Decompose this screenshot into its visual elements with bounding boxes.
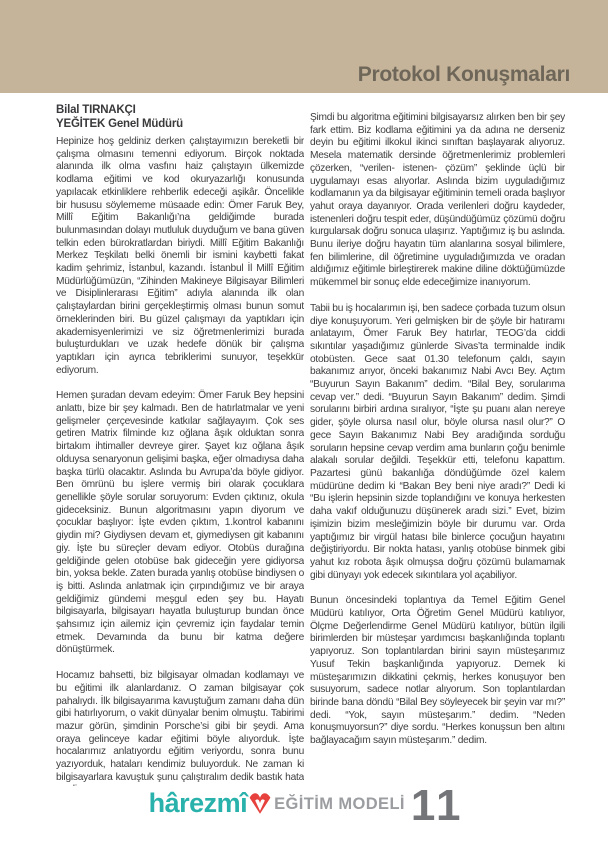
paragraph: Tabii bu iş hocalarımın işi, ben sadece … (310, 303, 565, 582)
section-title: Protokol Konuşmaları (358, 63, 570, 87)
harezmi-logo-text: hârezmî (149, 788, 248, 819)
egitim-modeli-label: EĞİTİM MODELİ (274, 795, 405, 814)
paragraph: Şimdi bu algoritma eğitimini bilgisayars… (310, 112, 565, 290)
document-page: Protokol Konuşmaları Bilal TIRNAKÇI YEĞİ… (0, 0, 612, 859)
page-header-banner: Protokol Konuşmaları (0, 0, 608, 93)
page-number: 11 (411, 788, 464, 824)
author-name: Bilal TIRNAKÇI (56, 104, 304, 118)
paragraph: Bunun öncesindeki toplantıya da Temel Eğ… (310, 595, 565, 747)
paragraph: Hepinize hoş geldiniz derken çalıştayımı… (56, 136, 304, 377)
left-column: Bilal TIRNAKÇI YEĞİTEK Genel Müdürü Hepi… (56, 104, 304, 786)
author-role: YEĞİTEK Genel Müdürü (56, 118, 304, 132)
author-block: Bilal TIRNAKÇI YEĞİTEK Genel Müdürü (56, 104, 304, 131)
paragraph: Hocamız bahsetti, biz bilgisayar olmadan… (56, 670, 304, 786)
page-footer: hârezmî EĞİTİM MODELİ 11 (0, 786, 612, 824)
right-column: Şimdi bu algoritma eğitimini bilgisayars… (310, 104, 565, 786)
open-book-icon (248, 789, 272, 816)
article-body: Bilal TIRNAKÇI YEĞİTEK Genel Müdürü Hepi… (56, 104, 565, 786)
paragraph: Hemen şuradan devam edeyim: Ömer Faruk B… (56, 390, 304, 657)
